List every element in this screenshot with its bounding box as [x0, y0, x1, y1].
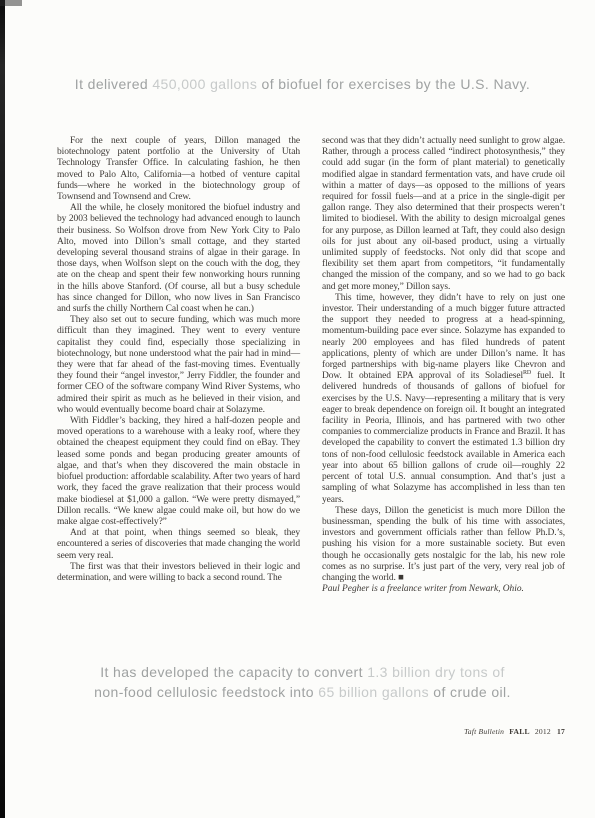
paragraph: The first was that their investors belie…: [57, 562, 300, 584]
byline: Paul Pegher is a freelance writer from N…: [322, 584, 565, 595]
magazine-title: Taft Bulletin: [464, 727, 504, 736]
scan-edge-top: [0, 0, 22, 6]
paragraph: This time, however, they didn’t have to …: [322, 293, 565, 506]
page-number: 17: [557, 727, 565, 736]
quote-segment: It has developed the capacity to convert: [100, 664, 367, 680]
article-columns: For the next couple of years, Dillon man…: [57, 136, 565, 661]
magazine-page: It delivered 450,000 gallons of biofuel …: [0, 0, 595, 818]
paragraph: They also set out to secure funding, whi…: [57, 315, 300, 416]
paragraph: These days, Dillon the geneticist is muc…: [322, 506, 565, 584]
paragraph: For the next couple of years, Dillon man…: [57, 136, 300, 203]
top-pull-quote: It delivered 450,000 gallons of biofuel …: [30, 74, 575, 94]
quote-line: non-food cellulosic feedstock into 65 bi…: [30, 682, 575, 702]
paragraph: second was that they didn’t actually nee…: [322, 136, 565, 293]
quote-segment: of crude oil.: [429, 684, 511, 700]
quote-line: It delivered 450,000 gallons of biofuel …: [30, 74, 575, 94]
issue-season: FALL: [509, 727, 530, 736]
paragraph: With Fiddler’s backing, they hired a hal…: [57, 416, 300, 528]
page-footer: Taft Bulletin FALL 2012 17: [464, 727, 565, 736]
quote-segment: It delivered: [75, 76, 153, 92]
issue-year: 2012: [535, 727, 551, 736]
quote-segment: of biofuel for exercises by the U.S. Nav…: [257, 76, 530, 92]
left-column: For the next couple of years, Dillon man…: [57, 136, 300, 661]
quote-segment: 450,000 gallons: [152, 76, 257, 92]
scan-edge-left: [0, 0, 5, 818]
quote-segment: 1.3 billion dry tons of: [367, 664, 505, 680]
quote-segment: non-food cellulosic feedstock into: [94, 684, 318, 700]
right-column: second was that they didn’t actually nee…: [322, 136, 565, 661]
quote-segment: 65 billion gallons: [318, 684, 429, 700]
bottom-pull-quote: It has developed the capacity to convert…: [30, 662, 575, 703]
paragraph: All the while, he closely monitored the …: [57, 203, 300, 315]
quote-line: It has developed the capacity to convert…: [30, 662, 575, 682]
paragraph: And at that point, when things seemed so…: [57, 528, 300, 562]
